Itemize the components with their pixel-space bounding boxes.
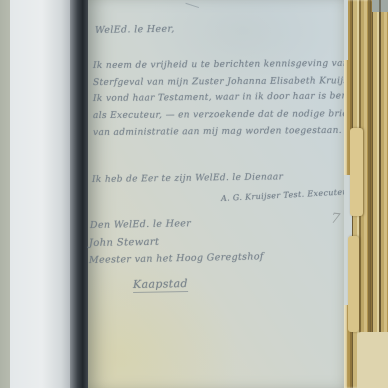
ink-stroke-decoration	[185, 0, 200, 8]
page-number-annotation: 7	[330, 211, 341, 228]
address-recipient-name: John Stewart	[89, 237, 160, 249]
letter-salutation: WelEd. le Heer,	[95, 24, 175, 36]
address-recipient-role: Meester van het Hoog Geregtshof	[89, 251, 264, 266]
torn-page-strip	[350, 128, 363, 216]
page-edge-shadow-line	[379, 0, 381, 388]
ragged-page-edges	[344, 0, 388, 388]
letter-body-line: van administratie aan mij mag worden toe…	[93, 126, 342, 138]
page-edge-notch	[344, 0, 348, 60]
letter-signature: A. G. Kruijser Test. Executeur	[221, 187, 353, 203]
address-recipient-place: Kaapstad	[133, 277, 188, 293]
address-recipient-title: Den WelEd. le Heer	[90, 218, 191, 231]
torn-page-strip	[348, 236, 359, 332]
letter-body-line: Ik neem de vrijheid u te berichten kenni…	[93, 59, 368, 71]
archive-book-photo: WelEd. le Heer, Ik neem de vrijheid u te…	[0, 0, 388, 388]
letter-body-line: Sterfgeval van mijn Zuster Johanna Elisa…	[93, 76, 361, 88]
letter-body-line: als Executeur, — en verzoekende dat de n…	[93, 109, 365, 121]
letter-closing: Ik heb de Eer te zijn WelEd. le Dienaar	[92, 172, 283, 185]
page-corner	[357, 332, 388, 388]
letter-body-line: Ik vond haar Testament, waar in ik door …	[93, 91, 374, 104]
page-edge-shadow-line	[368, 0, 371, 388]
facing-page-edge	[10, 0, 74, 388]
letter-page: WelEd. le Heer, Ik neem de vrijheid u te…	[88, 0, 346, 388]
